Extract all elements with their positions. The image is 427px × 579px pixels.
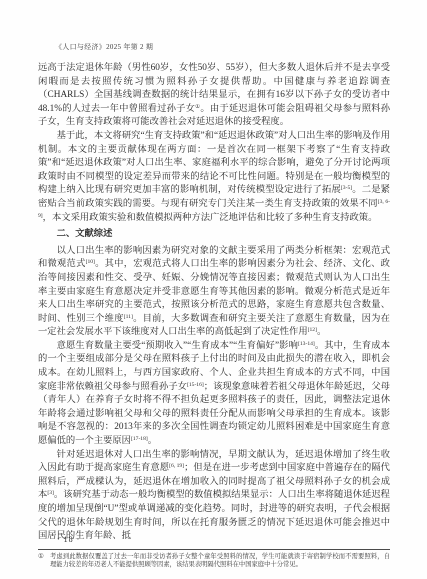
body-paragraph: 以人口出生率的影响因素为研究对象的文献主要采用了两类分析框架：宏观范式和微观范式… bbox=[38, 245, 390, 340]
footnote-block: ① 考虑到此数据仅覆盖了过去一年而非受访者孙子女整个童年受照料的情况，学生可能就… bbox=[38, 549, 390, 570]
citation-ref: [17-18] bbox=[131, 436, 148, 442]
body-paragraph: 意愿生育数量主要受“预期收入”“生育成本”“生育偏好”影响[13-14]。其中，… bbox=[38, 340, 390, 449]
citation-ref: [13-14] bbox=[298, 341, 315, 347]
footnote: ① 考虑到此数据仅覆盖了过去一年而非受访者孙子女整个童年受照料的情况，学生可能就… bbox=[38, 553, 390, 570]
body-paragraph: 远高于法定退休年龄（男性60岁，女性50岁、55岁），但大多数人退休后并不是去享… bbox=[38, 62, 390, 130]
citation-ref: [11] bbox=[124, 314, 133, 320]
citation-ref: [12] bbox=[308, 327, 317, 333]
footnote-separator bbox=[38, 549, 390, 550]
page-number: · 18 · bbox=[57, 535, 80, 544]
journal-page: 《人口与经济》2025 年第 2 期 远高于法定退休年龄（男性60岁，女性50岁… bbox=[0, 0, 427, 579]
citation-ref: [3-5] bbox=[341, 185, 352, 191]
citation-ref: ① bbox=[195, 104, 200, 110]
body-paragraph: 针对延迟退休对人口出生率的影响情况，早期文献认为，延迟退休增加了终生收入因此有助… bbox=[38, 449, 390, 544]
body-paragraph: 基于此，本文将研究“生育支持政策”和“延迟退休政策”对人口出生率的影响及作用机制… bbox=[38, 130, 390, 225]
section-heading: 二、文献综述 bbox=[38, 228, 390, 242]
citation-ref: [6, 19] bbox=[169, 463, 184, 469]
citation-ref: [3] bbox=[47, 490, 54, 496]
article-body: 远高于法定退休年龄（男性60岁，女性50岁、55岁），但大多数人退休后并不是去享… bbox=[38, 62, 390, 544]
citation-ref: [3, 6-9] bbox=[38, 199, 390, 219]
running-head: 《人口与经济》2025 年第 2 期 bbox=[55, 42, 427, 52]
citation-ref: [15-16] bbox=[187, 382, 204, 388]
citation-ref: [10] bbox=[86, 259, 95, 265]
footnote-text: 考虑到此数据仅覆盖了过去一年而非受访者孙子女整个童年受照料的情况，学生可能就读于… bbox=[50, 553, 390, 570]
footnote-marker: ① bbox=[38, 553, 50, 570]
